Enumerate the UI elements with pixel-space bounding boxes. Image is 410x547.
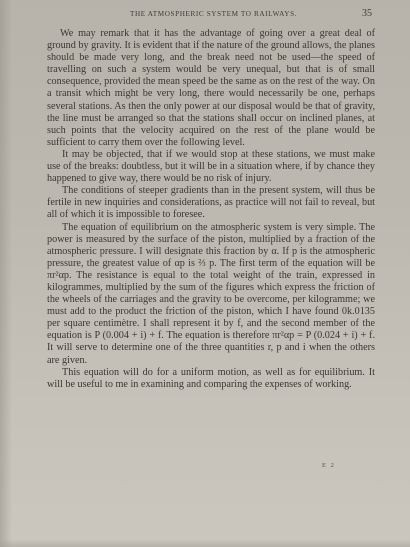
paragraph-equation-of-equilibrium: The equation of equilibrium on the atmos… xyxy=(47,222,375,367)
paragraph-breaks-objection: It may be objected, that if we would sto… xyxy=(47,149,375,185)
book-page: THE ATMOSPHERIC SYSTEM TO RAILWAYS. 35 W… xyxy=(0,0,410,547)
body-text: We may remark that it has the advantage … xyxy=(47,28,375,391)
paragraph-gravity-advantage: We may remark that it has the advantage … xyxy=(47,28,375,149)
page-number: 35 xyxy=(362,8,372,19)
paragraph-steeper-gradients: The conditions of steeper gradients than… xyxy=(47,185,375,221)
running-head-title: THE ATMOSPHERIC SYSTEM TO RAILWAYS. xyxy=(130,10,297,18)
signature-mark: E 2 xyxy=(322,462,335,469)
paragraph-uniform-motion: This equation will do for a uniform moti… xyxy=(47,367,375,391)
